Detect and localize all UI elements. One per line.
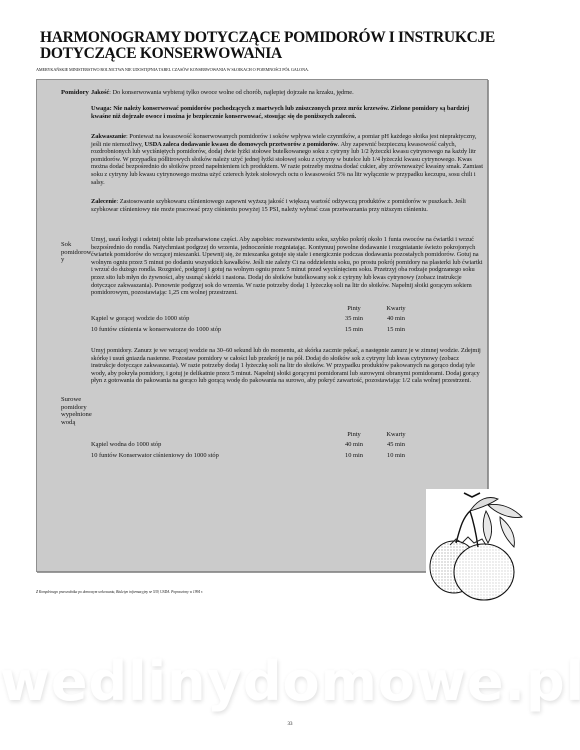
table-row: 10 funtów Konserwator ciśnieniowy do 100… — [91, 450, 483, 461]
table-row: Kąpiel w gorącej wodzie do 1000 stóp 35 … — [91, 313, 483, 324]
row-pints: 10 min — [334, 450, 374, 461]
warning-paragraph: Uwaga: Nie należy konserwować pomidorów … — [91, 105, 483, 120]
row-pints: 40 min — [334, 439, 374, 450]
raw-pack-paragraph: Umyj pomidory. Zanurz je we wrzącej wodz… — [91, 347, 483, 385]
section-label-tomatoes: Pomidory — [61, 89, 93, 97]
acidification-bold: USDA zaleca dodawanie kwasu do domowych … — [145, 141, 338, 148]
column-header-quarts: Kwarty — [376, 430, 416, 439]
quality-paragraph: Jakość: Do konserwowania wybieraj tylko … — [91, 89, 483, 97]
table-header-row: Pinty Kwarty — [91, 430, 483, 439]
watermark: wedlinydomowe.pl — [0, 650, 580, 713]
page-number: 33 — [0, 722, 580, 727]
row-quarts: 10 min — [376, 450, 416, 461]
table-row: 10 funtów ciśnienia w konserwatorze do 1… — [91, 324, 483, 335]
section-label-raw: Surowe pomidory wypełnione wodą — [61, 396, 93, 426]
recommendation-lead: Zalecenie — [91, 198, 116, 205]
row-quarts: 45 min — [376, 439, 416, 450]
acidification-lead: Zakwaszanie — [91, 133, 126, 140]
quality-text: : Do konserwowania wybieraj tylko owoce … — [109, 89, 353, 96]
recommendation-text: : Zastosowanie szybkowaru ciśnieniowego … — [91, 198, 466, 213]
row-method: Kąpiel w gorącej wodzie do 1000 stóp — [91, 313, 189, 324]
acidification-paragraph: Zakwaszanie: Ponieważ na kwasowość konse… — [91, 133, 483, 186]
section-label-juice: Sok pomidorow y — [61, 241, 93, 264]
page-title: HARMONOGRAMY DOTYCZĄCE POMIDORÓW I INSTR… — [40, 30, 540, 62]
row-pints: 15 min — [334, 324, 374, 335]
tomato-drawing-icon — [426, 489, 536, 602]
page-subtitle: AMERYKAŃSKIE MINISTERSTWO ROLNICTWA NIE … — [36, 67, 556, 72]
raw-times-table: Pinty Kwarty Kąpiel wodna do 1000 stóp 4… — [91, 430, 483, 461]
column-header-pints: Pinty — [334, 430, 374, 439]
recommendation-paragraph: Zalecenie: Zastosowanie szybkowaru ciśni… — [91, 198, 483, 213]
column-header-quarts: Kwarty — [376, 304, 416, 313]
juice-times-table: Pinty Kwarty Kąpiel w gorącej wodzie do … — [91, 304, 483, 335]
table-header-row: Pinty Kwarty — [91, 304, 483, 313]
column-header-pints: Pinty — [334, 304, 374, 313]
acidification-text-2: . Aby zapewnić bezpieczną kwasowość cały… — [91, 141, 483, 186]
table-row: Kąpiel wodna do 1000 stóp 40 min 45 min — [91, 439, 483, 450]
quality-lead: Jakość — [91, 89, 109, 96]
row-quarts: 40 min — [376, 313, 416, 324]
canning-table-panel: Pomidory Jakość: Do konserwowania wybier… — [36, 79, 488, 572]
row-quarts: 15 min — [376, 324, 416, 335]
row-method: 10 funtów ciśnienia w konserwatorze do 1… — [91, 324, 221, 335]
row-pints: 35 min — [334, 313, 374, 324]
tomato-illustration — [426, 489, 536, 602]
row-method: Kąpiel wodna do 1000 stóp — [91, 439, 161, 450]
juice-paragraph: Umyj, usuń łodygi i odetnij obite lub pr… — [91, 236, 483, 297]
source-footnote: Z Kompletnego przewodnika po domowym wek… — [36, 590, 203, 594]
row-method: 10 funtów Konserwator ciśnieniowy do 100… — [91, 450, 219, 461]
